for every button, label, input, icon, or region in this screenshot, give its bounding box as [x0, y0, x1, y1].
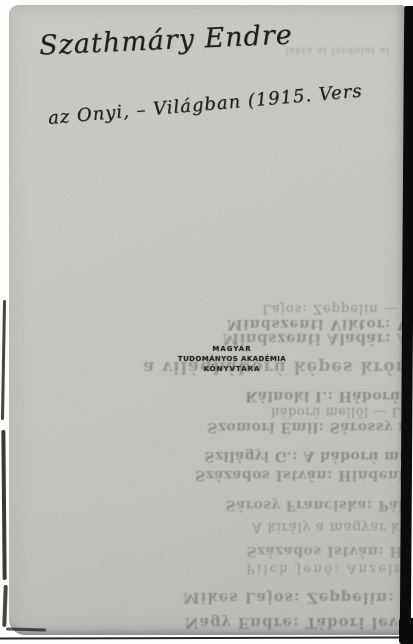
- title-note-handwriting: az Onyi, – Világban (1915. Vers: [47, 81, 363, 129]
- scanned-page: lakta ni fordulat alLajos: Zeppelin — (M…: [0, 0, 413, 644]
- bleedthrough-line: Sárosy Franciska: Páh: [225, 497, 404, 513]
- bleedthrough-line: A király a magyar kö: [252, 519, 404, 535]
- scan-corner-bottom-right: [399, 618, 413, 644]
- stamp-line-2: TUDOMÁNYOS AKADÉMIA: [167, 354, 297, 364]
- scan-edge-left-mark: [6, 627, 46, 631]
- owner-inscription-handwriting: Szathmáry Endre: [38, 19, 293, 61]
- library-stamp: MAGYAR TUDOMÁNYOS AKADÉMIA KÖNYVTÁRA: [167, 344, 297, 374]
- bleedthrough-line: Lajos: Zeppelin — (: [262, 301, 404, 316]
- scan-edge-left-mark: [1, 430, 6, 580]
- bleedthrough-line: Mikes Lajos: Zeppelin: (: [183, 589, 404, 607]
- bleedthrough-line: Százados István: Hindenb: [195, 467, 404, 483]
- stamp-line-3: KÖNYVTÁRA: [167, 364, 297, 374]
- bleedthrough-line: Nagy Endre: Tábori leve: [185, 614, 404, 632]
- book-flyleaf: lakta ni fordulat alLajos: Zeppelin — (M…: [9, 5, 404, 635]
- bleedthrough-line: Kálnoki I.: Háborús: [245, 388, 404, 404]
- bleedthrough-line: Pilch Jenő: Anzelm: [246, 561, 404, 576]
- scan-edge-left-mark: [2, 585, 7, 627]
- stamp-line-1: MAGYAR: [167, 344, 297, 354]
- bleedthrough-line: lakta ni fordulat al: [285, 45, 390, 55]
- scan-edge-bottom-line: [0, 636, 413, 639]
- bleedthrough-line: háború mellől — Ló: [271, 404, 404, 419]
- bleedthrough-line: Szomori Emil: Sárossy n: [207, 419, 404, 435]
- bleedthrough-line: Százados István: Hi: [247, 543, 404, 559]
- scan-edge-left-mark: [1, 300, 6, 420]
- bleedthrough-line: Szilágyi G.: A háború mé: [204, 448, 404, 464]
